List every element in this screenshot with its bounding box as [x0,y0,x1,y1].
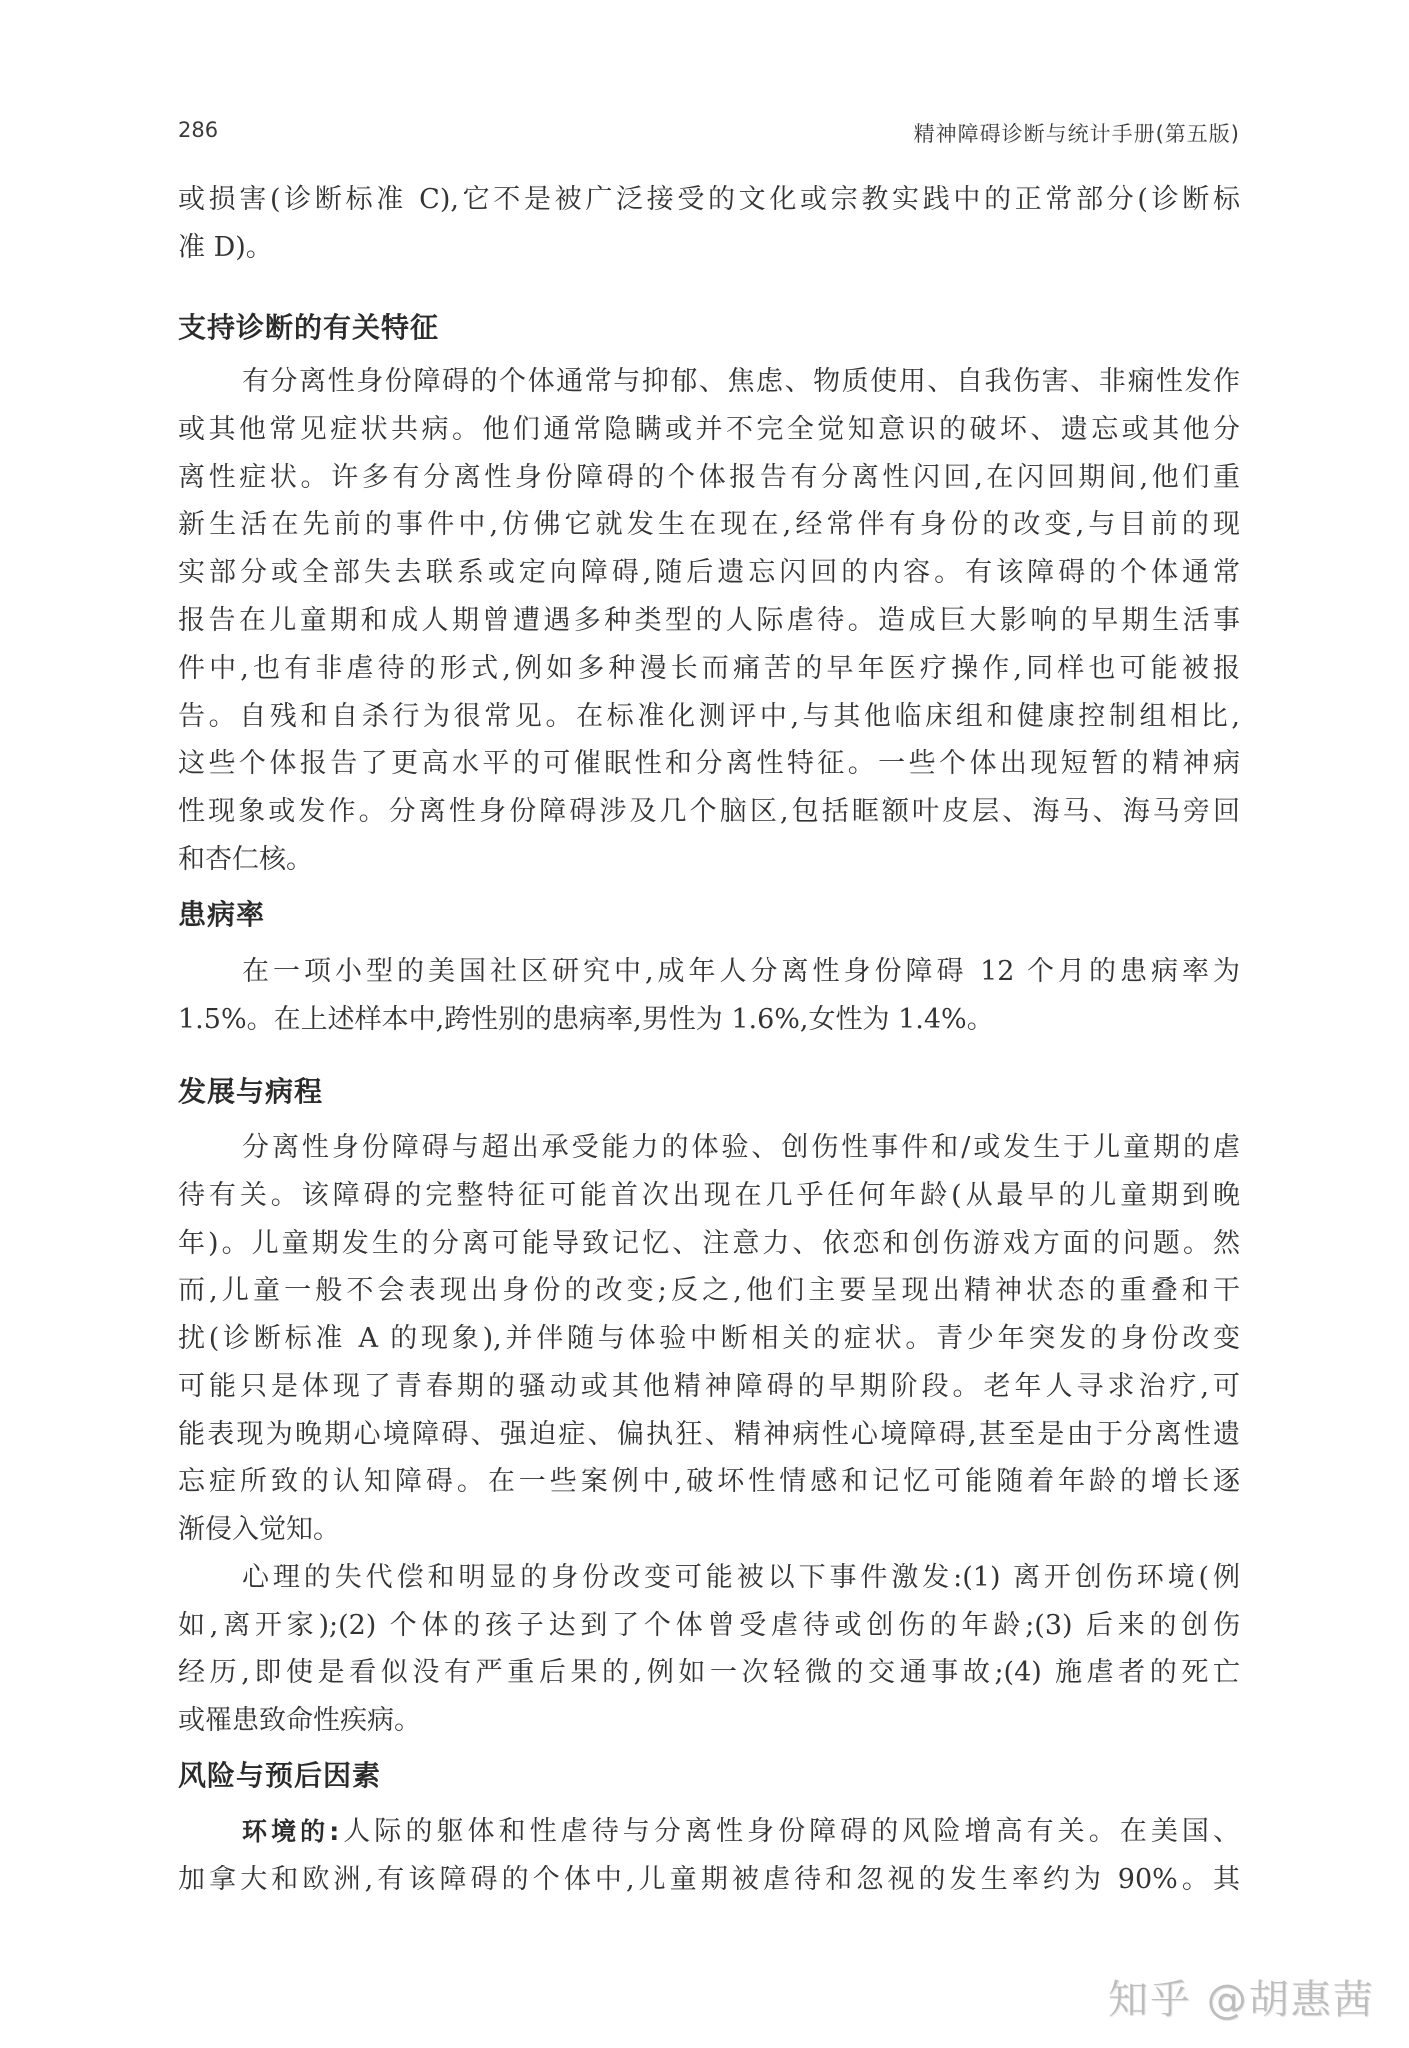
paragraph-line: 忘症所致的认知障碍。在一些案例中,破坏性情感和记忆可能随着年龄的增长逐 [178,1462,1240,1502]
section-heading-prevalence: 患病率 [178,895,265,935]
paragraph-line: 如,离开家);(2) 个体的孩子达到了个体曾受虐待或创伤的年龄;(3) 后来的创… [178,1606,1240,1646]
paragraph-line: 有分离性身份障碍的个体通常与抑郁、焦虑、物质使用、自我伤害、非痫性发作 [178,362,1240,402]
paragraph-line: 环境的:人际的躯体和性虐待与分离性身份障碍的风险增高有关。在美国、 [178,1812,1240,1852]
paragraph-line: 或损害(诊断标准 C),它不是被广泛接受的文化或宗教实践中的正常部分(诊断标 [178,180,1240,220]
page-header: 286 精神障碍诊断与统计手册(第五版) [178,118,1240,154]
paragraph-line: 离性症状。许多有分离性身份障碍的个体报告有分离性闪回,在闪回期间,他们重 [178,458,1240,498]
paragraph-line: 1.5%。在上述样本中,跨性别的患病率,男性为 1.6%,女性为 1.4%。 [178,1000,1240,1040]
watermark: 知乎 @胡惠茜 [1108,1968,1375,2025]
section-heading-associated-features: 支持诊断的有关特征 [178,308,439,348]
paragraph-line: 件中,也有非虐待的形式,例如多种漫长而痛苦的早年医疗操作,同样也可能被报 [178,649,1240,689]
paragraph-line: 准 D)。 [178,228,1240,268]
paragraph-line: 加拿大和欧洲,有该障碍的个体中,儿童期被虐待和忽视的发生率约为 90%。其 [178,1860,1240,1900]
paragraph-line: 或其他常见症状共病。他们通常隐瞒或并不完全觉知意识的破坏、遗忘或其他分 [178,410,1240,450]
paragraph-line: 性现象或发作。分离性身份障碍涉及几个脑区,包括眶额叶皮层、海马、海马旁回 [178,792,1240,832]
paragraph-line: 可能只是体现了青春期的骚动或其他精神障碍的早期阶段。老年人寻求治疗,可 [178,1367,1240,1407]
paragraph-line: 在一项小型的美国社区研究中,成年人分离性身份障碍 12 个月的患病率为 [178,952,1240,992]
paragraph-line: 扰(诊断标准 A 的现象),并伴随与体验中断相关的症状。青少年突发的身份改变 [178,1319,1240,1359]
paragraph-line: 年)。儿童期发生的分离可能导致记忆、注意力、依恋和创伤游戏方面的问题。然 [178,1224,1240,1264]
paragraph-line: 能表现为晚期心境障碍、强迫症、偏执狂、精神病性心境障碍,甚至是由于分离性遗 [178,1415,1240,1455]
paragraph-line: 经历,即使是看似没有严重后果的,例如一次轻微的交通事故;(4) 施虐者的死亡 [178,1653,1240,1693]
paragraph-line: 新生活在先前的事件中,仿佛它就发生在现在,经常伴有身份的改变,与目前的现 [178,505,1240,545]
paragraph-line: 这些个体报告了更高水平的可催眠性和分离性特征。一些个体出现短暂的精神病 [178,744,1240,784]
paragraph-line: 和杏仁核。 [178,840,1240,880]
page-number: 286 [178,118,218,142]
paragraph-line: 或罹患致命性疾病。 [178,1701,1240,1741]
paragraph-line: 而,儿童一般不会表现出身份的改变;反之,他们主要呈现出精神状态的重叠和干 [178,1271,1240,1311]
paragraph-line: 待有关。该障碍的完整特征可能首次出现在几乎任何年龄(从最早的儿童期到晚 [178,1176,1240,1216]
paragraph-line: 分离性身份障碍与超出承受能力的体验、创伤性事件和/或发生于儿童期的虐 [178,1128,1240,1168]
section-heading-development-course: 发展与病程 [178,1072,323,1112]
paragraph-line: 实部分或全部失去联系或定向障碍,随后遗忘闪回的内容。有该障碍的个体通常 [178,553,1240,593]
section-heading-risk-prognostic-factors: 风险与预后因素 [178,1756,381,1796]
paragraph-line: 渐侵入觉知。 [178,1510,1240,1550]
subsection-lead-environmental: 环境的: [242,1817,339,1846]
running-title: 精神障碍诊断与统计手册(第五版) [914,118,1240,148]
paragraph-text: 人际的躯体和性虐待与分离性身份障碍的风险增高有关。在美国、 [339,1816,1240,1847]
paragraph-line: 心理的失代偿和明显的身份改变可能被以下事件激发:(1) 离开创伤环境(例 [178,1558,1240,1598]
paragraph-line: 告。自残和自杀行为很常见。在标准化测评中,与其他临床组和健康控制组相比, [178,697,1240,737]
paragraph-line: 报告在儿童期和成人期曾遭遇多种类型的人际虐待。造成巨大影响的早期生活事 [178,601,1240,641]
